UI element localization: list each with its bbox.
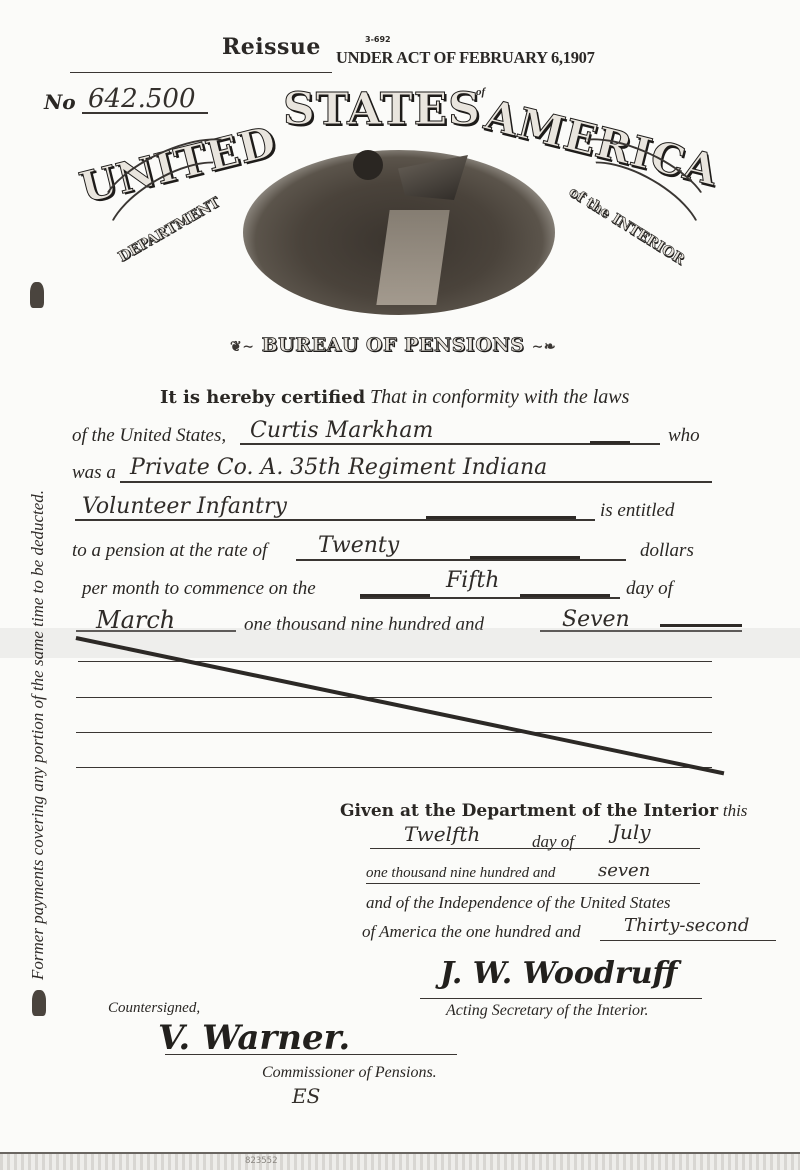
shield-icon bbox=[376, 210, 449, 305]
text-of-the-united-states: of the United States, bbox=[72, 425, 226, 446]
certified-lead: It is hereby certified bbox=[160, 387, 365, 408]
text-given-year-prefix: one thousand nine hundred and bbox=[366, 865, 555, 882]
countersigned-label: Countersigned, bbox=[108, 1000, 200, 1017]
text-is-entitled: is entitled bbox=[600, 500, 674, 522]
rate-underline-heavy bbox=[470, 556, 580, 559]
given-day: Twelfth bbox=[404, 822, 480, 846]
soldier-with-flag-vignette bbox=[243, 150, 555, 315]
service-underline bbox=[120, 481, 712, 483]
text-commence: per month to commence on the bbox=[82, 578, 316, 600]
name-underline-heavy bbox=[590, 441, 630, 444]
ornament-right-icon: ∼❧ bbox=[532, 339, 556, 355]
independence-year: Thirty-second bbox=[624, 915, 749, 936]
text-independence-line-2: of America the one hundred and bbox=[362, 922, 581, 942]
text-this: this bbox=[723, 801, 748, 820]
commissioner-signature: V. Warner. bbox=[158, 1018, 350, 1058]
given-year-underline bbox=[366, 883, 700, 884]
pensioner-name: Curtis Markham bbox=[250, 418, 433, 443]
text-independence-line-1: and of the Independence of the United St… bbox=[366, 893, 671, 913]
blank-line-3 bbox=[76, 732, 712, 733]
text-day-of: day of bbox=[626, 578, 673, 600]
blank-line-4 bbox=[76, 767, 712, 768]
service-branch: Volunteer Infantry bbox=[82, 494, 287, 519]
rate-underline bbox=[296, 559, 626, 561]
branch-underline-heavy bbox=[426, 516, 576, 519]
deduction-note: Former payments covering any portion of … bbox=[28, 490, 48, 980]
certification-line-1: It is hereby certified That in conformit… bbox=[160, 386, 629, 409]
blank-line-2 bbox=[76, 697, 712, 698]
given-month: July bbox=[612, 820, 651, 844]
title-of: of bbox=[476, 86, 485, 98]
soldier-figure bbox=[353, 150, 383, 180]
form-number: 3-692 bbox=[365, 35, 391, 44]
stamp-number: 823552 bbox=[245, 1156, 278, 1166]
secretary-signature: J. W. Woodruff bbox=[440, 956, 677, 991]
text-pension-rate: to a pension at the rate of bbox=[72, 540, 267, 562]
text-day-of-given: day of bbox=[532, 832, 574, 852]
pension-certificate: Reissue 3-692 UNDER ACT OF FEBRUARY 6,19… bbox=[0, 0, 800, 1170]
certification-line-2: of the United States, bbox=[72, 425, 226, 447]
commissioner-title: Commissioner of Pensions. bbox=[262, 1064, 437, 1082]
clerk-initials: ES bbox=[292, 1084, 320, 1108]
ornament-left-icon: ❦∼ bbox=[230, 339, 254, 355]
certificate-number-label: No bbox=[44, 90, 76, 114]
given-year: seven bbox=[598, 860, 650, 881]
given-at-text: Given at the Department of the Interior bbox=[340, 801, 718, 821]
service-unit: Private Co. A. 35th Regiment Indiana bbox=[130, 455, 547, 480]
day-underline bbox=[360, 597, 620, 599]
scan-artifact-band bbox=[0, 628, 800, 658]
pointing-hand-icon-top bbox=[30, 282, 44, 308]
branch-underline bbox=[75, 519, 595, 521]
certificate-number: 642.500 bbox=[88, 84, 196, 114]
reissue-underline bbox=[70, 72, 332, 73]
conformity-text: That in conformity with the laws bbox=[370, 386, 629, 408]
blank-line-1 bbox=[78, 661, 712, 662]
pension-rate: Twenty bbox=[318, 533, 399, 558]
given-at-line: Given at the Department of the Interior … bbox=[340, 800, 747, 822]
year-underline-heavy bbox=[660, 624, 742, 627]
commissioner-signature-line bbox=[165, 1054, 457, 1055]
secretary-title: Acting Secretary of the Interior. bbox=[446, 1002, 648, 1020]
day-underline-heavy-right bbox=[520, 594, 610, 597]
secretary-signature-line bbox=[420, 998, 702, 999]
text-was-a: was a bbox=[72, 462, 116, 484]
text-dollars: dollars bbox=[640, 540, 694, 562]
flag-icon bbox=[398, 155, 468, 200]
scan-bottom-edge bbox=[0, 1152, 800, 1170]
title-states: STATES bbox=[283, 84, 481, 135]
certificate-number-underline bbox=[82, 112, 208, 114]
reissue-heading: Reissue bbox=[222, 34, 321, 60]
act-line: UNDER ACT OF FEBRUARY 6,1907 bbox=[336, 48, 595, 68]
bureau-label: BUREAU OF PENSIONS bbox=[262, 334, 525, 356]
text-who: who bbox=[668, 425, 700, 447]
start-day: Fifth bbox=[446, 568, 499, 593]
day-underline-heavy-left bbox=[360, 594, 430, 597]
independence-underline bbox=[600, 940, 776, 941]
bureau-of-pensions-banner: ❦∼ BUREAU OF PENSIONS ∼❧ bbox=[230, 334, 556, 356]
pointing-hand-icon-bottom bbox=[32, 990, 46, 1016]
